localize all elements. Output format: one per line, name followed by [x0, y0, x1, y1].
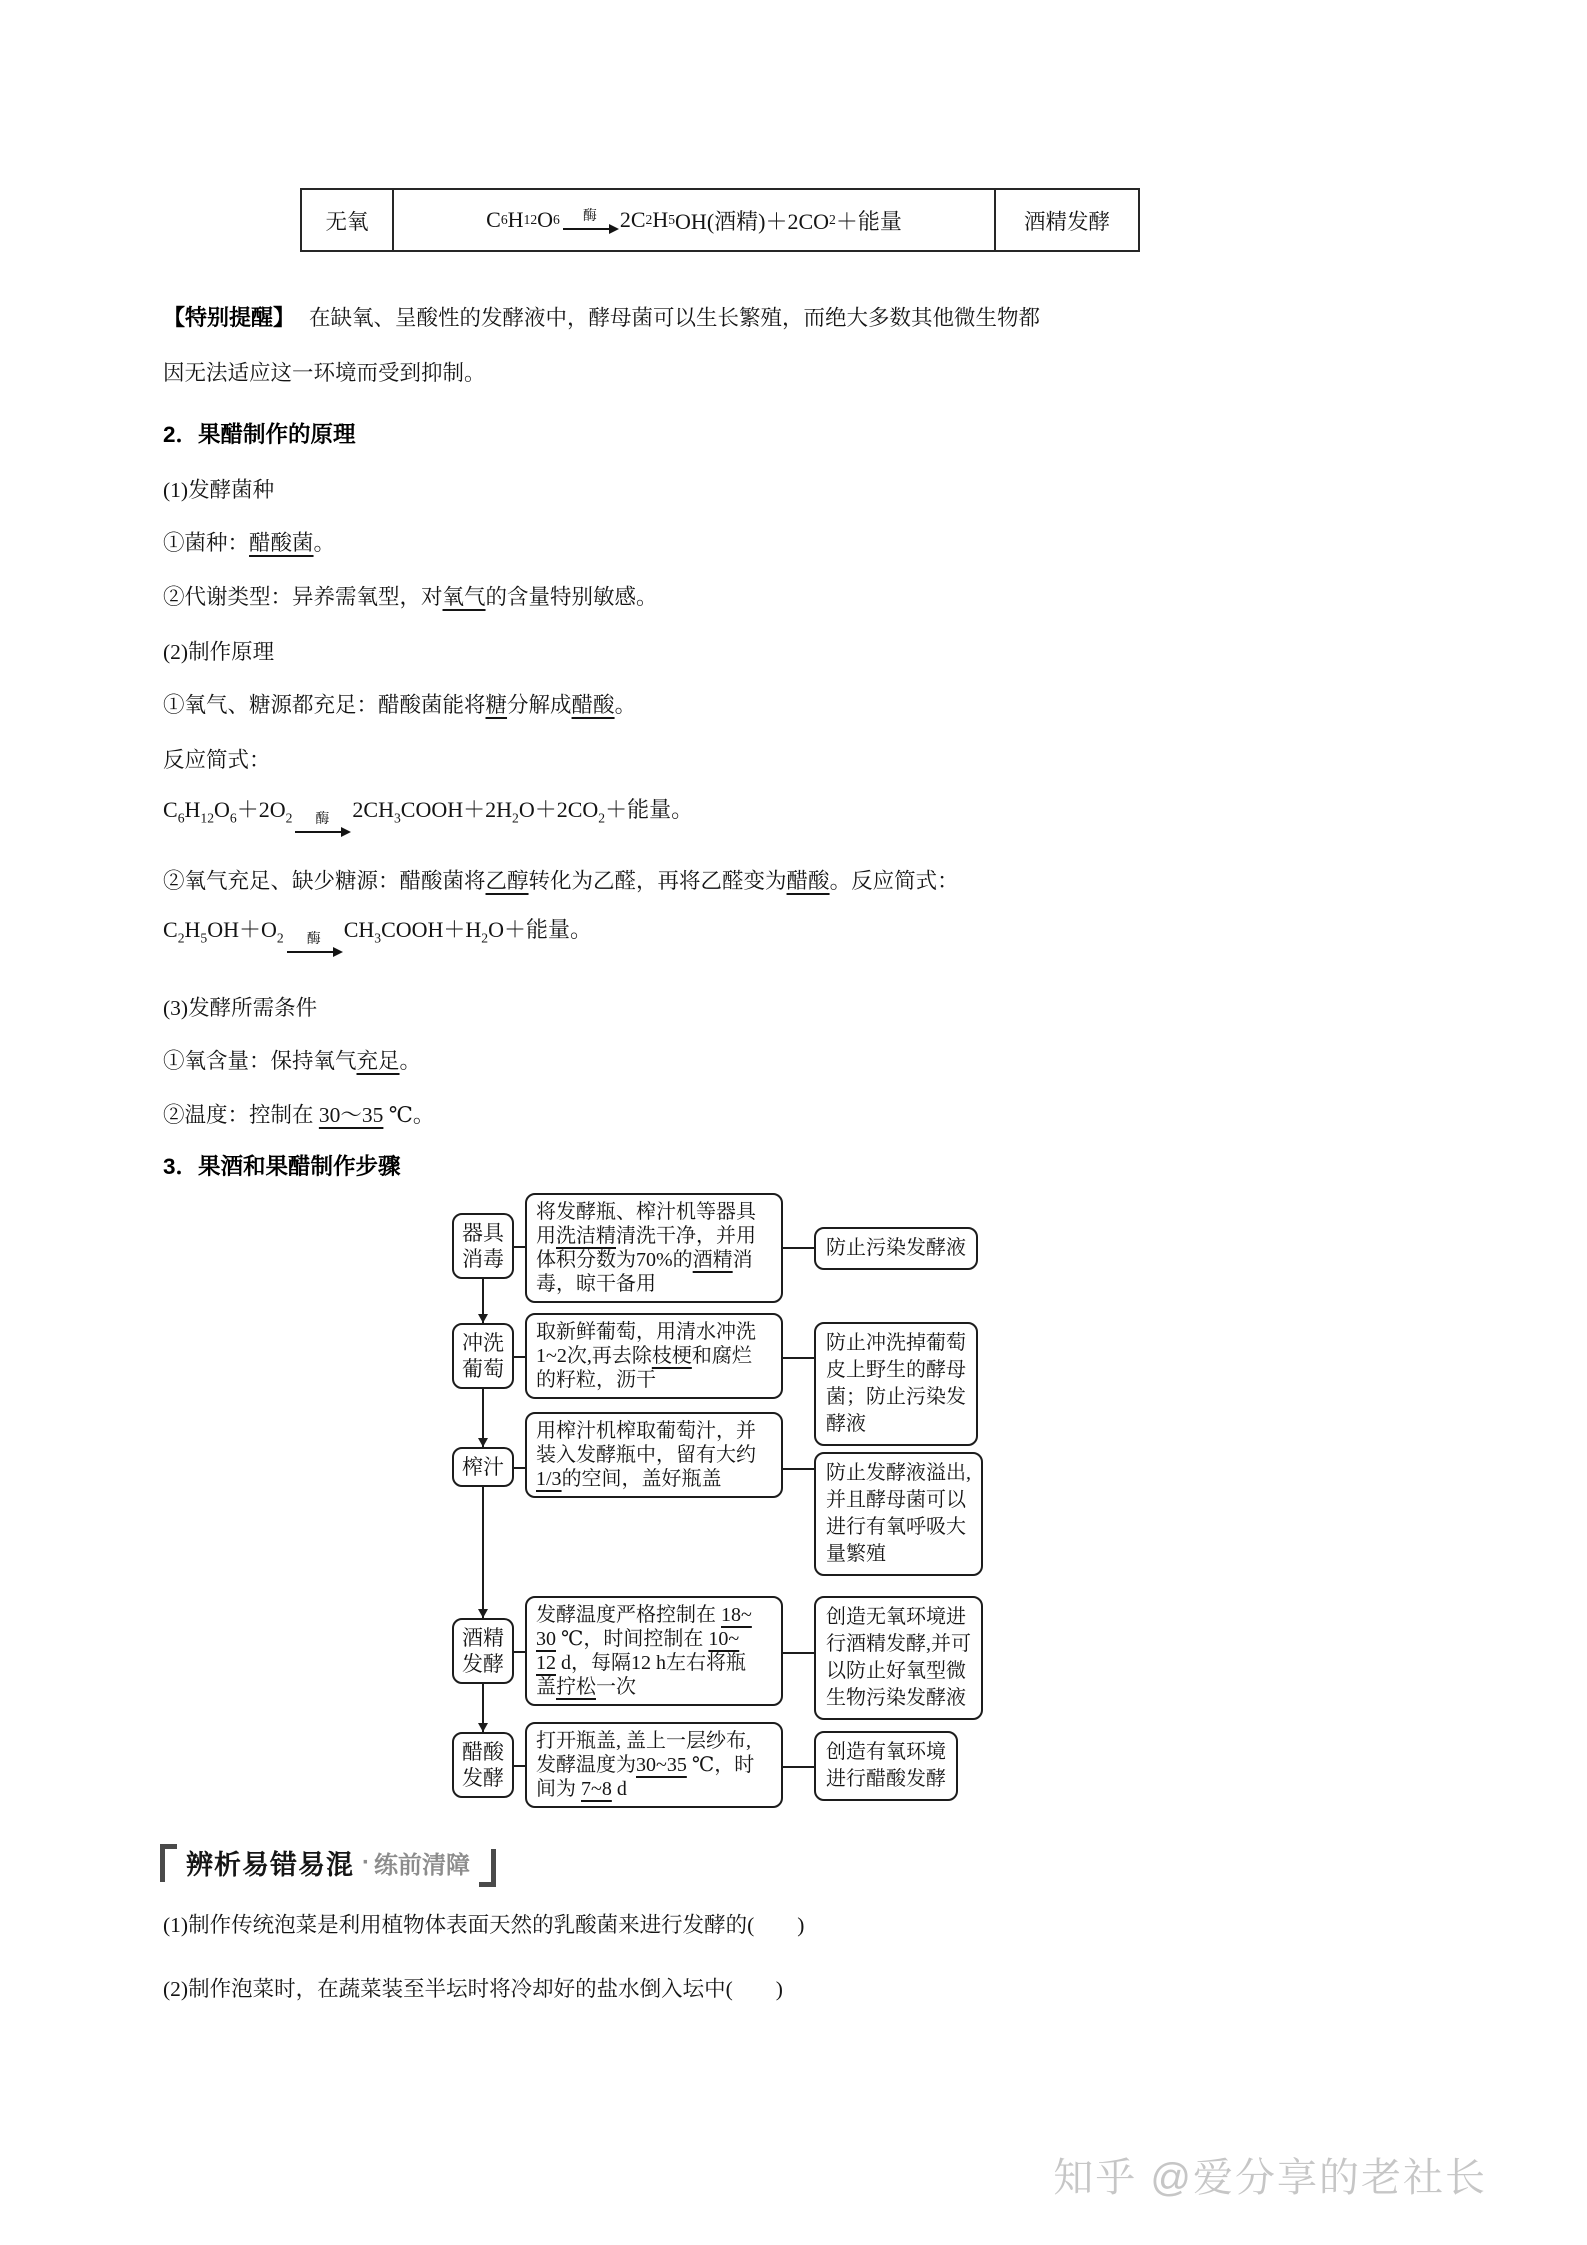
- flow-note-disinfect: 防止污染发酵液: [814, 1227, 978, 1270]
- table-cell-condition: 无氧: [302, 190, 394, 250]
- arrow-down-icon: [478, 1609, 488, 1618]
- connector-line: [781, 1247, 814, 1249]
- document-page: 无氧 C6H12O6酶2C2H5OH(酒精)＋2CO2＋能量 酒精发酵 【特别提…: [0, 0, 1587, 2245]
- arrow-down-icon: [478, 1314, 488, 1323]
- special-note-text: 在缺氧、呈酸性的发酵液中，酵母菌可以生长繁殖，而绝大多数其他微生物都: [309, 306, 1040, 330]
- question-line-2: (2)制作泡菜时，在蔬菜装至半坛时将冷却好的盐水倒入坛中( ): [163, 1974, 783, 2004]
- connector-line: [781, 1652, 814, 1654]
- connector-line: [781, 1357, 814, 1359]
- corner-bracket-left-icon: [160, 1844, 177, 1882]
- flow-step-disinfect: 器具消毒: [452, 1213, 514, 1279]
- special-note-line2: 因无法适应这一环境而受到抑制。: [163, 358, 486, 388]
- section-3-heading: 3．果酒和果醋制作步骤: [163, 1152, 401, 1182]
- flow-note-acetic-fermentation: 创造有氧环境进行醋酸发酵: [814, 1731, 958, 1801]
- point-2-principle: (2)制作原理: [163, 637, 274, 667]
- flow-step-rinse: 冲洗葡萄: [452, 1323, 514, 1389]
- reaction-label: 反应简式：: [163, 745, 271, 775]
- flow-desc-rinse: 取新鲜葡萄，用清水冲洗1~2次,再去除枝梗和腐烂的籽粒，沥干: [525, 1313, 783, 1399]
- equation-glucose-to-acetic: C6H12O6＋2O2酶2CH3COOH＋2H2O＋2CO2＋能量。: [163, 795, 693, 833]
- enzyme-arrow-icon: 酶: [563, 210, 617, 230]
- arrow-down-icon: [478, 1438, 488, 1447]
- section-2-heading: 2．果醋制作的原理: [163, 420, 356, 450]
- flow-step-juice: 榨汁: [452, 1447, 514, 1487]
- review-title-main: 辨析易错易混: [186, 1843, 354, 1882]
- flow-desc-disinfect: 将发酵瓶、榨汁机等器具用洗洁精清洗干净，并用体积分数为70%的酒精消毒，晾干备用: [525, 1193, 783, 1303]
- review-separator: ·: [362, 1849, 370, 1877]
- line-oxygen-only: ②氧气充足、缺少糖源：醋酸菌将乙醇转化为乙醛，再将乙醛变为醋酸。反应简式：: [163, 866, 959, 896]
- table-cell-equation: C6H12O6酶2C2H5OH(酒精)＋2CO2＋能量: [394, 190, 996, 250]
- line-oxygen-sugar: ①氧气、糖源都充足：醋酸菌能将糖分解成醋酸。: [163, 690, 636, 720]
- enzyme-arrow-icon: 酶: [287, 933, 341, 953]
- special-note-line1: 【特别提醒】在缺氧、呈酸性的发酵液中，酵母菌可以生长繁殖，而绝大多数其他微生物都: [163, 303, 1040, 333]
- special-note-tag: 【特别提醒】: [163, 305, 295, 330]
- line-oxygen-content: ①氧含量：保持氧气充足。: [163, 1046, 421, 1076]
- watermark: 知乎 @爱分享的老社长: [1053, 2146, 1487, 2203]
- flow-step-acetic-fermentation: 醋酸发酵: [452, 1732, 514, 1798]
- connector-line: [781, 1766, 814, 1768]
- flow-desc-alcohol-fermentation: 发酵温度严格控制在 18~30 ℃，时间控制在 10~12 d，每隔12 h左右…: [525, 1596, 783, 1706]
- line-temperature: ②温度：控制在 30～35 ℃。: [163, 1100, 434, 1130]
- flow-note-alcohol-fermentation: 创造无氧环境进行酒精发酵,并可以防止好氧型微生物污染发酵液: [814, 1596, 983, 1720]
- flow-note-rinse: 防止冲洗掉葡萄皮上野生的酵母菌；防止污染发酵液: [814, 1322, 978, 1446]
- table-cell-label: 酒精发酵: [996, 190, 1138, 250]
- line-metabolism: ②代谢类型：异养需氧型，对氧气的含量特别敏感。: [163, 582, 658, 612]
- line-bacteria: ①菌种：醋酸菌。: [163, 528, 335, 558]
- arrow-down-icon: [478, 1723, 488, 1732]
- point-1-strains: (1)发酵菌种: [163, 475, 274, 505]
- point-3-conditions: (3)发酵所需条件: [163, 993, 317, 1023]
- enzyme-arrow-icon: 酶: [295, 813, 349, 833]
- flow-desc-juice: 用榨汁机榨取葡萄汁，并装入发酵瓶中，留有大约1/3的空间，盖好瓶盖: [525, 1412, 783, 1498]
- question-line-1: (1)制作传统泡菜是利用植物体表面天然的乳酸菌来进行发酵的( ): [163, 1910, 804, 1940]
- flow-note-juice: 防止发酵液溢出,并且酵母菌可以进行有氧呼吸大量繁殖: [814, 1452, 983, 1576]
- flow-step-alcohol-fermentation: 酒精发酵: [452, 1618, 514, 1684]
- flow-desc-acetic-fermentation: 打开瓶盖, 盖上一层纱布,发酵温度为30~35 ℃，时间为 7~8 d: [525, 1722, 783, 1808]
- fermentation-table: 无氧 C6H12O6酶2C2H5OH(酒精)＋2CO2＋能量 酒精发酵: [300, 188, 1140, 252]
- corner-bracket-right-icon: [479, 1849, 496, 1887]
- equation-ethanol-to-acetic: C2H5OH＋O2酶CH3COOH＋H2O＋能量。: [163, 915, 592, 953]
- review-header: 辨析易错易混 · 练前清障: [160, 1843, 496, 1882]
- connector-line: [781, 1468, 814, 1470]
- review-title-sub: 练前清障: [374, 1845, 470, 1880]
